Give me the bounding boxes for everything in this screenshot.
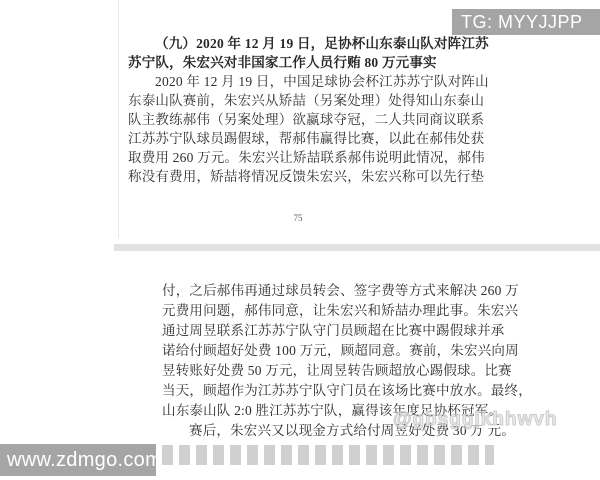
document-page-1: （九）2020 年 12 月 19 日，足协杯山东泰山队对阵江苏苏宁队，朱宏兴对… — [118, 0, 600, 238]
text-line: 付，之后郝伟再通过球员转会、签字费等方式来解决 260 万 — [162, 281, 532, 301]
overlay-watermark: @gbsggjkhhwvh — [393, 409, 558, 431]
text-line: 取费用 260 万元。朱宏兴让矫喆联系郝伟说明此情况，郝伟 — [128, 148, 489, 167]
page-divider — [114, 244, 600, 251]
text-line: 元费用问题，郝伟同意，让朱宏兴和矫喆办理此事。朱宏兴 — [162, 301, 532, 321]
page1-text-block: （九）2020 年 12 月 19 日，足协杯山东泰山队对阵江苏苏宁队，朱宏兴对… — [128, 34, 489, 186]
site-watermark-text: www.zdmgo.com — [7, 449, 162, 472]
site-watermark-badge: www.zdmgo.com — [0, 444, 156, 476]
text-line: 2020 年 12 月 19 日，中国足球协会杯江苏苏宁队对阵山 — [128, 72, 489, 91]
document-page-2: 付，之后郝伟再通过球员转会、签字费等方式来解决 260 万元费用问题，郝伟同意，… — [118, 252, 600, 480]
text-line: 通过周昱联系江苏苏宁队守门员顾超在比赛中踢假球并承 — [162, 321, 532, 341]
text-line: 称没有费用，矫喆将情况反馈朱宏兴，朱宏兴称可以先行垫 — [128, 167, 489, 186]
text-line: 昱转账好处费 50 万元，让周昱转告顾超放心踢假球。比赛 — [162, 361, 532, 381]
screenshot-stage: （九）2020 年 12 月 19 日，足协杯山东泰山队对阵江苏苏宁队，朱宏兴对… — [0, 0, 600, 480]
text-line: 队主教练郝伟（另案处理）欲赢球夺冠，二人共同商议联系 — [128, 110, 489, 129]
text-line: 当天，顾超作为江苏苏宁队守门员在该场比赛中放水。最终， — [162, 381, 532, 401]
telegram-watermark-badge: TG: MYYJJPP — [452, 9, 600, 35]
text-line: （九）2020 年 12 月 19 日，足协杯山东泰山队对阵江苏 — [128, 34, 489, 53]
telegram-watermark-text: TG: MYYJJPP — [461, 12, 583, 33]
text-line: 诺给付顾超好处费 100 万元，顾超同意。赛前，朱宏兴向周 — [162, 341, 532, 361]
text-line: 苏宁队，朱宏兴对非国家工作人员行贿 80 万元事实 — [128, 53, 489, 72]
page2-text-block: 付，之后郝伟再通过球员转会、签字费等方式来解决 260 万元费用问题，郝伟同意，… — [162, 281, 532, 465]
text-line — [162, 445, 494, 465]
text-line: 东泰山队赛前，朱宏兴从矫喆（另案处理）处得知山东泰山 — [128, 91, 489, 110]
text-line: 江苏苏宁队球员踢假球，帮郝伟赢得比赛，以此在郝伟处获 — [128, 129, 489, 148]
page-number: 75 — [128, 213, 468, 223]
